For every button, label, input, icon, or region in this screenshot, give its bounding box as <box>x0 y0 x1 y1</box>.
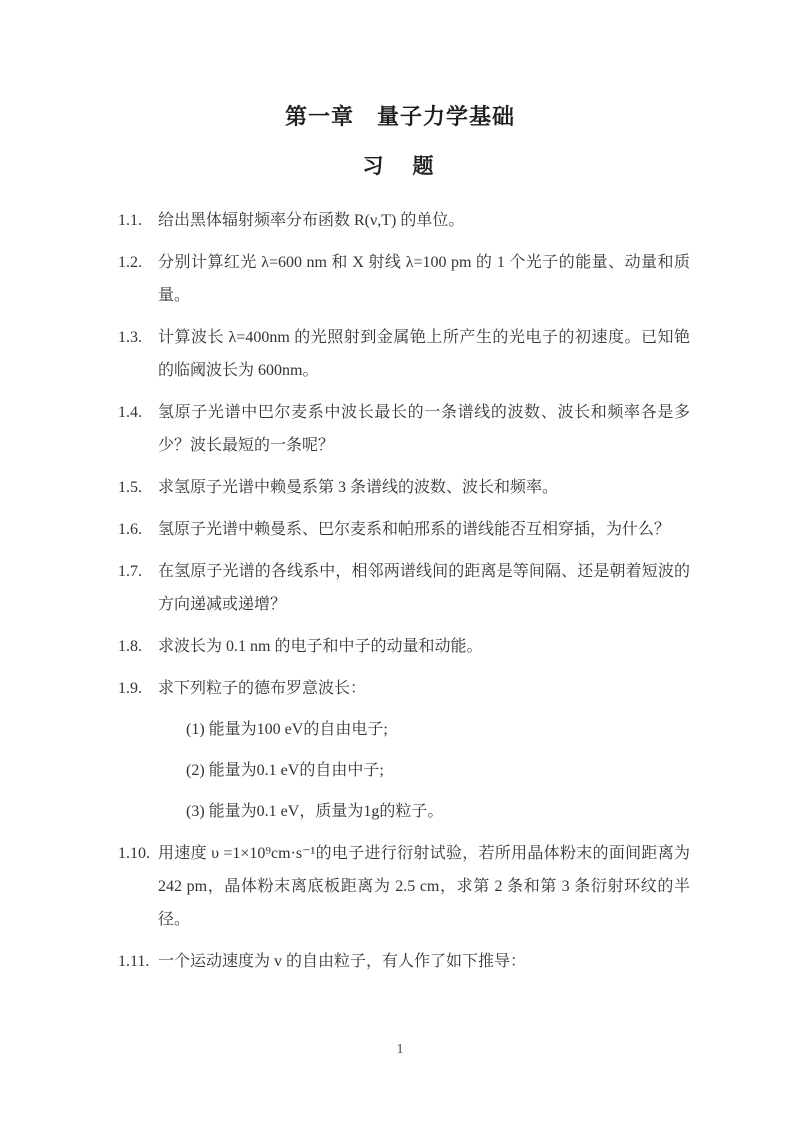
problem-number: 1.8. <box>118 630 158 663</box>
problem-number: 1.5. <box>118 471 158 504</box>
problem-row: 1.10. 用速度 υ =1×10⁹cm·s⁻¹的电子进行衍射试验，若所用晶体粉… <box>118 837 690 936</box>
problem-row: 1.2. 分别计算红光 λ=600 nm 和 X 射线 λ=100 pm 的 1… <box>118 246 690 312</box>
problem-body: 求波长为 0.1 nm 的电子和中子的动量和动能。 <box>158 630 690 663</box>
problem-list: 1.1. 给出黑体辐射频率分布函数 R(ν,T) 的单位。 1.2. 分别计算红… <box>0 204 800 978</box>
problem-row: 1.6. 氢原子光谱中赖曼系、巴尔麦系和帕邢系的谱线能否互相穿插，为什么？ <box>118 513 690 546</box>
problem-row: 1.1. 给出黑体辐射频率分布函数 R(ν,T) 的单位。 <box>118 204 690 237</box>
problem-number: 1.3. <box>118 321 158 354</box>
problem-row: 1.3. 计算波长 λ=400nm 的光照射到金属铯上所产生的光电子的初速度。已… <box>118 321 690 387</box>
problem-text: 求氢原子光谱中赖曼系第 3 条谱线的波数、波长和频率。 <box>158 471 690 504</box>
problem-row: 1.9. 求下列粒子的德布罗意波长： (1) 能量为100 eV的自由电子; (… <box>118 672 690 828</box>
problem-body: 在氢原子光谱的各线系中，相邻两谱线间的距离是等间隔、还是朝着短波的方向递减或递增… <box>158 555 690 621</box>
problem-text: 分别计算红光 λ=600 nm 和 X 射线 λ=100 pm 的 1 个光子的… <box>158 246 690 312</box>
page-number: 1 <box>397 1042 404 1057</box>
problem-number: 1.9. <box>118 672 158 705</box>
problem-row: 1.5. 求氢原子光谱中赖曼系第 3 条谱线的波数、波长和频率。 <box>118 471 690 504</box>
problem-subitem: (3) 能量为0.1 eV，质量为1g的粒子。 <box>158 795 690 828</box>
problem-body: 给出黑体辐射频率分布函数 R(ν,T) 的单位。 <box>158 204 690 237</box>
problem-body: 计算波长 λ=400nm 的光照射到金属铯上所产生的光电子的初速度。已知铯的临阈… <box>158 321 690 387</box>
problem-number: 1.2. <box>118 246 158 279</box>
problem-row: 1.11. 一个运动速度为 v 的自由粒子，有人作了如下推导： <box>118 945 690 978</box>
problem-body: 求氢原子光谱中赖曼系第 3 条谱线的波数、波长和频率。 <box>158 471 690 504</box>
problem-text: 给出黑体辐射频率分布函数 R(ν,T) 的单位。 <box>158 204 690 237</box>
problem-body: 求下列粒子的德布罗意波长： (1) 能量为100 eV的自由电子; (2) 能量… <box>158 672 690 828</box>
document-page: 第一章 量子力学基础 习 题 1.1. 给出黑体辐射频率分布函数 R(ν,T) … <box>0 0 800 1130</box>
problem-row: 1.8. 求波长为 0.1 nm 的电子和中子的动量和动能。 <box>118 630 690 663</box>
problem-number: 1.1. <box>118 204 158 237</box>
problem-text: 一个运动速度为 v 的自由粒子，有人作了如下推导： <box>158 945 690 978</box>
problem-text: 求下列粒子的德布罗意波长： <box>158 672 690 705</box>
problem-number: 1.11. <box>118 945 158 978</box>
section-title: 习 题 <box>0 152 800 180</box>
problem-body: 分别计算红光 λ=600 nm 和 X 射线 λ=100 pm 的 1 个光子的… <box>158 246 690 312</box>
problem-subitem: (1) 能量为100 eV的自由电子; <box>158 713 690 746</box>
chapter-title: 第一章 量子力学基础 <box>0 0 800 130</box>
problem-number: 1.4. <box>118 396 158 429</box>
problem-body: 氢原子光谱中巴尔麦系中波长最长的一条谱线的波数、波长和频率各是多少？波长最短的一… <box>158 396 690 462</box>
problem-number: 1.6. <box>118 513 158 546</box>
problem-row: 1.7. 在氢原子光谱的各线系中，相邻两谱线间的距离是等间隔、还是朝着短波的方向… <box>118 555 690 621</box>
problem-body: 一个运动速度为 v 的自由粒子，有人作了如下推导： <box>158 945 690 978</box>
problem-number: 1.7. <box>118 555 158 588</box>
problem-body: 氢原子光谱中赖曼系、巴尔麦系和帕邢系的谱线能否互相穿插，为什么？ <box>158 513 690 546</box>
problem-text: 在氢原子光谱的各线系中，相邻两谱线间的距离是等间隔、还是朝着短波的方向递减或递增… <box>158 555 690 621</box>
problem-subitem: (2) 能量为0.1 eV的自由中子; <box>158 754 690 787</box>
problem-body: 用速度 υ =1×10⁹cm·s⁻¹的电子进行衍射试验，若所用晶体粉末的面间距离… <box>158 837 690 936</box>
problem-row: 1.4. 氢原子光谱中巴尔麦系中波长最长的一条谱线的波数、波长和频率各是多少？波… <box>118 396 690 462</box>
problem-text: 计算波长 λ=400nm 的光照射到金属铯上所产生的光电子的初速度。已知铯的临阈… <box>158 321 690 387</box>
problem-text: 用速度 υ =1×10⁹cm·s⁻¹的电子进行衍射试验，若所用晶体粉末的面间距离… <box>158 837 690 936</box>
problem-text: 氢原子光谱中巴尔麦系中波长最长的一条谱线的波数、波长和频率各是多少？波长最短的一… <box>158 396 690 462</box>
problem-text: 氢原子光谱中赖曼系、巴尔麦系和帕邢系的谱线能否互相穿插，为什么？ <box>158 513 690 546</box>
problem-text: 求波长为 0.1 nm 的电子和中子的动量和动能。 <box>158 630 690 663</box>
problem-number: 1.10. <box>118 837 158 870</box>
page-footer: 1 <box>0 1040 800 1058</box>
